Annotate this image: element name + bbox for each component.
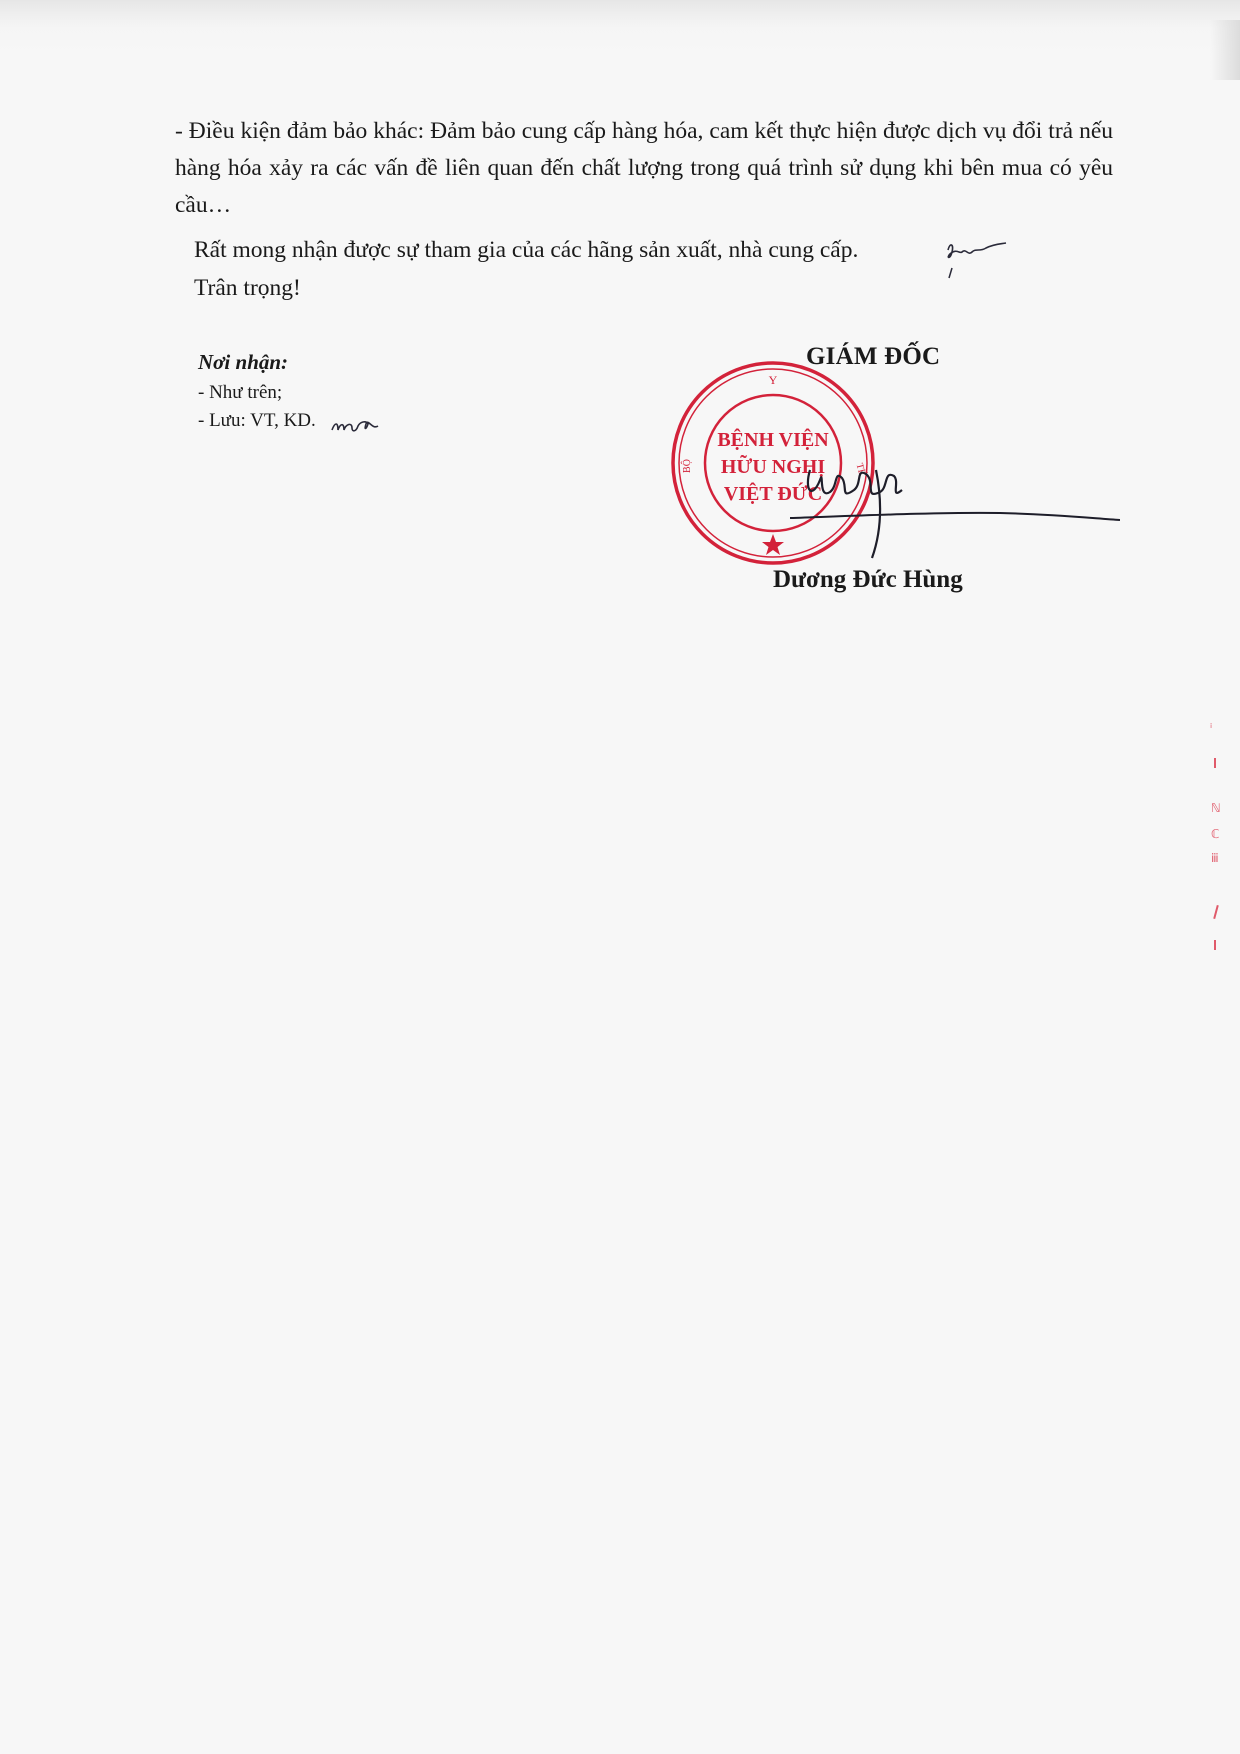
conditions-paragraph: - Điều kiện đảm bảo khác: Đảm bảo cung c… — [175, 113, 1113, 224]
svg-text:ℂ: ℂ — [1211, 827, 1219, 841]
svg-text:ⁱ: ⁱ — [1210, 721, 1212, 735]
director-signature-icon — [790, 440, 1120, 570]
svg-text:ℕ: ℕ — [1211, 801, 1221, 815]
svg-text:Y: Y — [769, 373, 778, 387]
signer-name: Dương Đức Hùng — [773, 566, 963, 594]
initial-scribble-icon — [940, 238, 1010, 293]
scan-top-edge — [0, 0, 1240, 28]
hope-text: Rất mong nhận được sự tham gia của các h… — [194, 237, 858, 263]
recipient-item: - Lưu: VT, KD. — [198, 407, 316, 435]
svg-text:BỘ: BỘ — [681, 459, 693, 473]
document-page: - Điều kiện đảm bảo khác: Đảm bảo cung c… — [0, 0, 1240, 1754]
scan-edge-marks: ⁱ ℕ ℂ ⅲ — [1208, 720, 1228, 970]
recipients-heading: Nơi nhận: — [198, 348, 316, 376]
clerk-scribble-icon — [330, 412, 380, 437]
recipients-block: Nơi nhận: - Như trên; - Lưu: VT, KD. — [198, 348, 316, 435]
recipient-item: - Như trên; — [198, 379, 316, 407]
scan-right-edge — [1210, 20, 1240, 80]
svg-text:ⅲ: ⅲ — [1211, 851, 1219, 865]
